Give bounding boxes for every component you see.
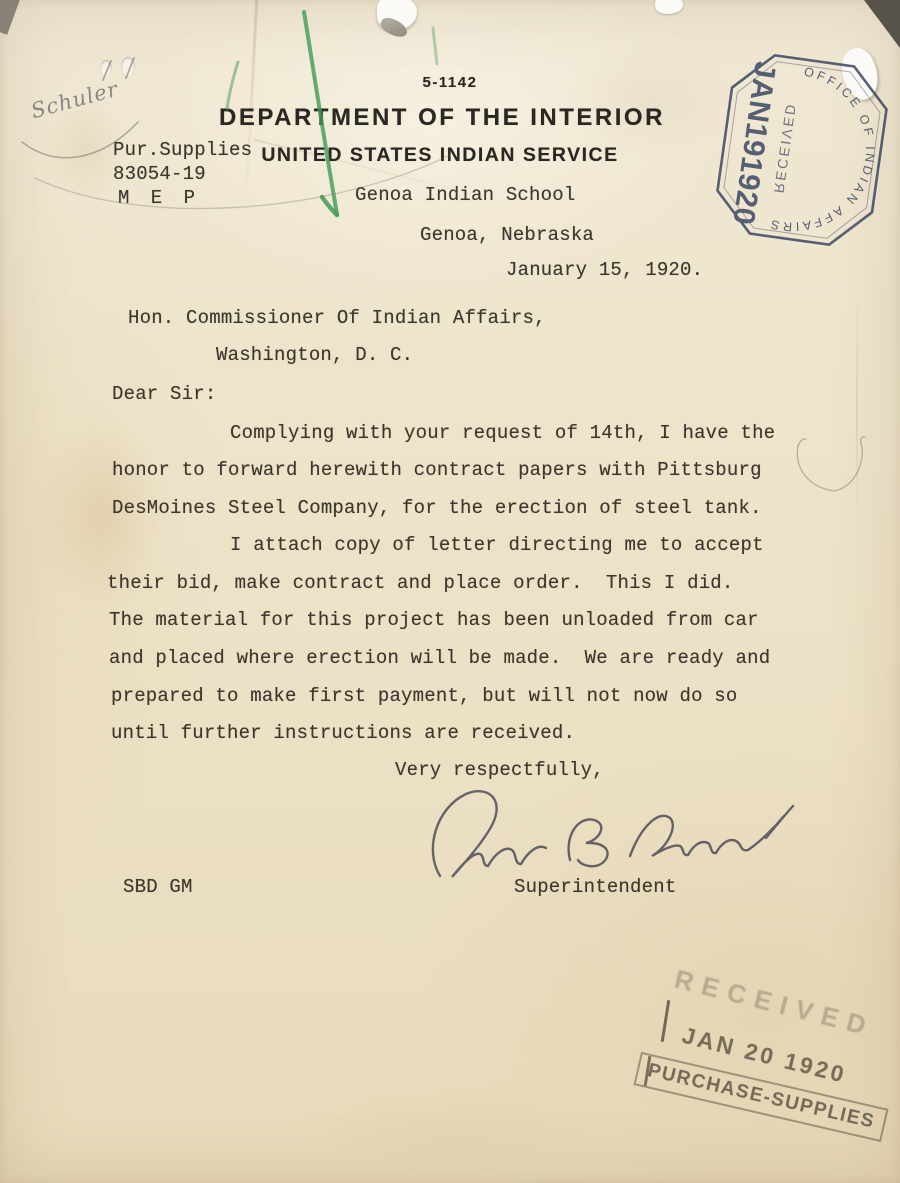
salutation: Dear Sir:: [112, 383, 216, 405]
closing: Very respectfully,: [395, 759, 604, 781]
file-reference-line2: 83054-19: [113, 163, 206, 185]
recipient-line1: Hon. Commissioner Of Indian Affairs,: [128, 307, 546, 329]
recipient-line2: Washington, D. C.: [216, 344, 413, 366]
paper-tear: [655, 0, 683, 14]
body-line: and placed where erection will be made. …: [109, 647, 770, 669]
file-reference-line3: M E P: [118, 187, 200, 209]
office-received-stamp: OFFICE OF INDIAN AFFAIRS RECEIVED JAN191…: [702, 38, 900, 258]
body-line: honor to forward herewith contract paper…: [112, 459, 762, 481]
body-line: The material for this project has been u…: [109, 609, 759, 631]
typist-initials: SBD GM: [123, 876, 193, 898]
body-line: prepared to make first payment, but will…: [111, 685, 738, 707]
body-line: their bid, make contract and place order…: [107, 572, 734, 594]
body-line: until further instructions are received.: [111, 722, 575, 744]
body-line: DesMoines Steel Company, for the erectio…: [112, 497, 762, 519]
body-line: Complying with your request of 14th, I h…: [230, 422, 775, 444]
letter-scan: 5-1142 DEPARTMENT OF THE INTERIOR UNITED…: [0, 0, 900, 1183]
paper-tear-flap: [378, 15, 410, 40]
file-reference-line1: Pur.Supplies: [113, 139, 252, 161]
letter-date: January 15, 1920.: [506, 259, 703, 281]
paper-crease: [245, 0, 258, 200]
letterhead-school: Genoa Indian School: [355, 184, 575, 206]
paper-crease: [856, 290, 858, 530]
paper-stain: [290, 1080, 610, 1180]
stamp-edge-mark: [661, 1000, 671, 1042]
scan-corner-dark: [0, 0, 21, 35]
purchase-received-stamp: RECEIVED JAN 20 1920 PURCHASE-SUPPLIES: [600, 980, 900, 1165]
body-line: I attach copy of letter directing me to …: [230, 534, 764, 556]
signature: [422, 780, 802, 888]
letterhead-location: Genoa, Nebraska: [420, 224, 594, 246]
